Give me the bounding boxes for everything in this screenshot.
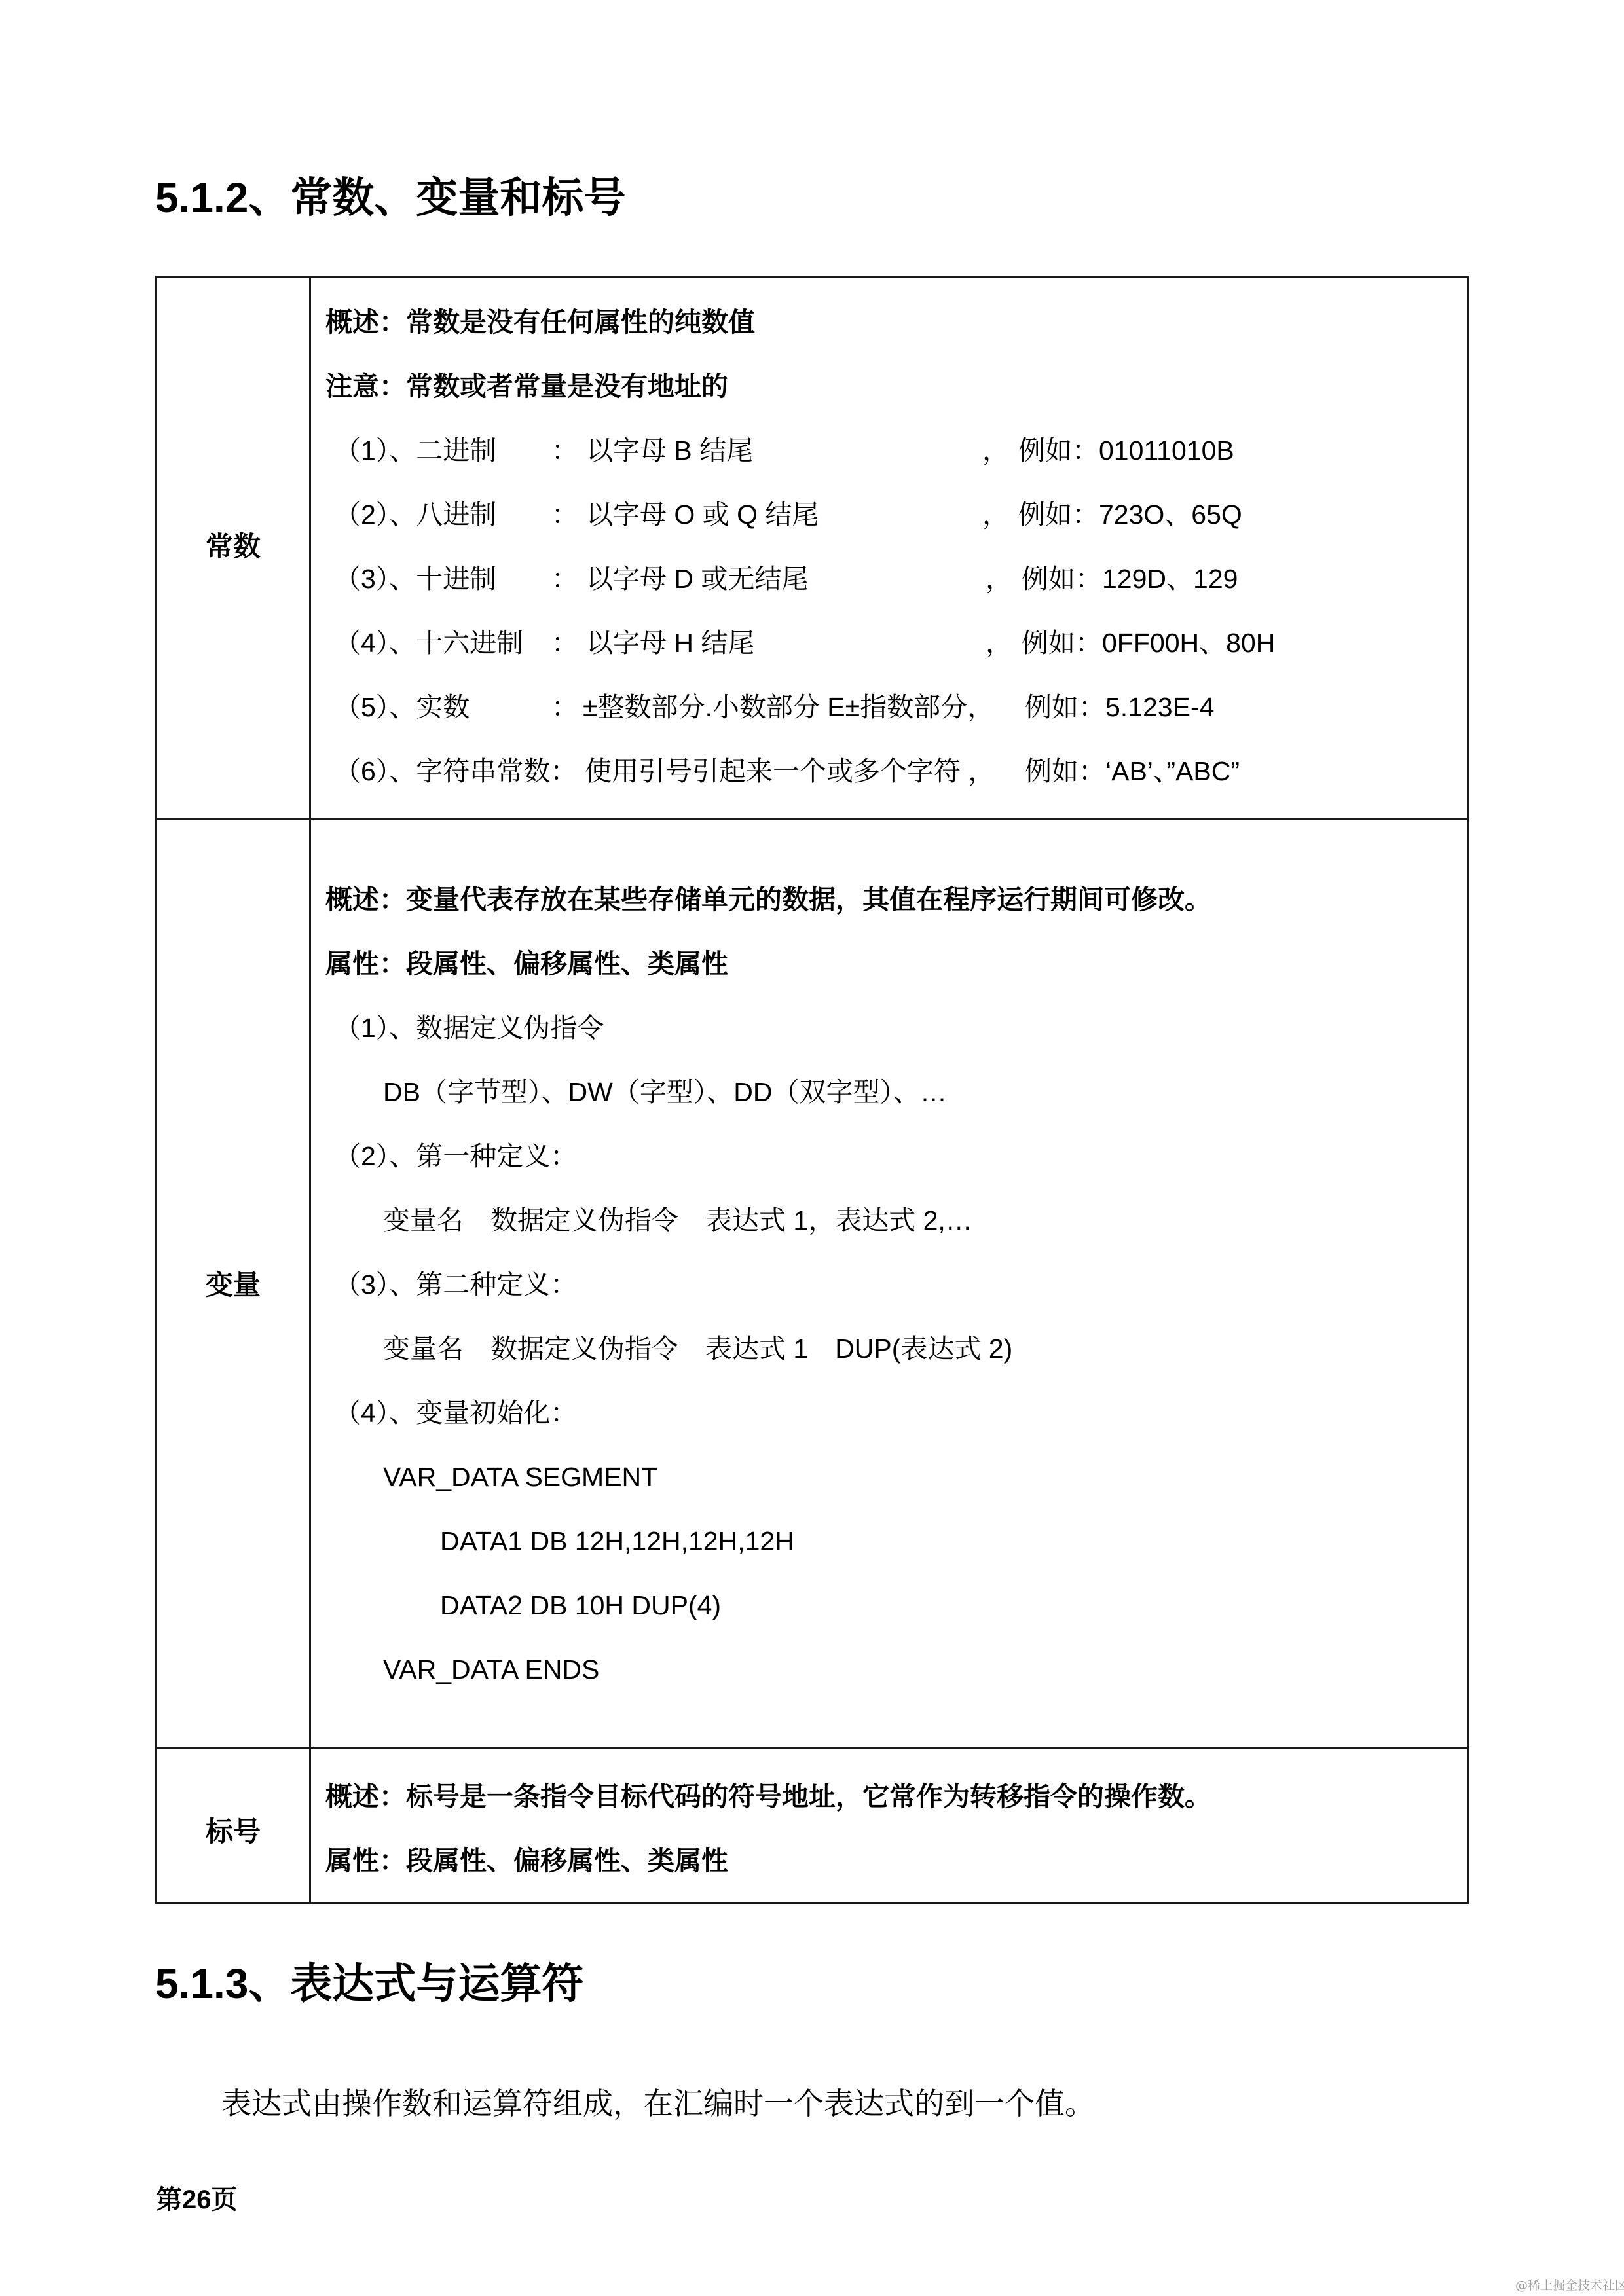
item-example: 例如：0FF00H、80H [1022, 630, 1275, 657]
section-heading-5-1-3: 5.1.3、表达式与运算符 [155, 1963, 583, 2005]
labels-summary: 概述：标号是一条指令目标代码的符号地址，它常作为转移指令的操作数。 [325, 1783, 1211, 1810]
item-colon: ： [551, 501, 578, 528]
item-example: 例如：5.123E-4 [1025, 694, 1214, 721]
watermark: @稀土掘金技术社区 [1515, 2280, 1624, 2292]
item-number: （6）、字符串常数： [334, 758, 577, 785]
page-number: 第26页 [156, 2187, 238, 2213]
body-paragraph: 表达式由操作数和运算符组成，在汇编时一个表达式的到一个值。 [221, 2088, 1095, 2119]
item-example: 例如：‘AB’、”ABC” [1025, 758, 1240, 785]
item-colon: ： [551, 630, 578, 657]
list-item: 变量名 数据定义伪指令 表达式 1，表达式 2,… [383, 1207, 972, 1234]
item-description: 以字母 B 结尾 [586, 437, 753, 464]
labels-attributes: 属性：段属性、偏移属性、类属性 [325, 1848, 728, 1874]
list-item: 变量名 数据定义伪指令 表达式 1 DUP(表达式 2) [383, 1336, 1012, 1362]
code-line: VAR_DATA SEGMENT [383, 1464, 657, 1491]
list-item: DB（字节型）、DW（字型）、DD（双字型）、… [383, 1079, 947, 1106]
item-comma: ， [982, 501, 1009, 528]
row-label-labels: 标号 [157, 1818, 309, 1846]
item-example: 例如：129D、129 [1022, 566, 1238, 592]
list-item: （2）、第一种定义： [334, 1143, 577, 1170]
list-item: （3）、第二种定义： [334, 1271, 577, 1298]
item-number: （5）、实数 [334, 694, 470, 721]
constants-note: 注意：常数或者常量是没有地址的 [325, 373, 728, 400]
item-description: 以字母 O 或 Q 结尾 [586, 501, 819, 528]
table-row-divider [155, 1747, 1469, 1749]
code-line: VAR_DATA ENDS [383, 1656, 599, 1683]
item-description: 使用引号引起来一个或多个字符 ， [585, 758, 995, 785]
row-label-variables: 变量 [157, 1271, 309, 1299]
code-line: DATA2 DB 10H DUP(4) [440, 1592, 721, 1619]
item-example: 例如：01011010B [1018, 437, 1234, 464]
item-number: （2）、八进制 [334, 501, 496, 528]
item-number: （4）、十六进制 [334, 630, 523, 657]
item-description: 以字母 H 结尾 [586, 630, 754, 657]
code-line: DATA1 DB 12H,12H,12H,12H [440, 1528, 794, 1555]
item-number: （3）、十进制 [334, 566, 496, 592]
section-heading-5-1-2: 5.1.2、常数、变量和标号 [155, 177, 625, 219]
item-colon: ： [551, 566, 578, 592]
item-number: （1）、二进制 [334, 437, 496, 464]
row-label-constants: 常数 [157, 533, 309, 560]
table-column-divider [309, 276, 311, 1904]
item-comma: ， [986, 630, 1012, 657]
constants-summary: 概述：常数是没有任何属性的纯数值 [325, 309, 755, 336]
item-comma: ， [982, 437, 1009, 464]
item-description: ±整数部分.小数部分 E±指数部分， [583, 694, 994, 721]
item-example: 例如：723O、65Q [1018, 501, 1242, 528]
list-item: （1）、数据定义伪指令 [334, 1015, 604, 1042]
variables-summary: 概述：变量代表存放在某些存储单元的数据，其值在程序运行期间可修改。 [325, 886, 1211, 913]
item-colon: ： [551, 437, 578, 464]
table-row-divider [155, 818, 1469, 820]
item-comma: ， [986, 566, 1012, 592]
item-description: 以字母 D 或无结尾 [586, 566, 808, 592]
item-colon: ： [551, 694, 578, 721]
variables-attributes: 属性：段属性、偏移属性、类属性 [325, 951, 728, 977]
list-item: （4）、变量初始化： [334, 1400, 577, 1427]
